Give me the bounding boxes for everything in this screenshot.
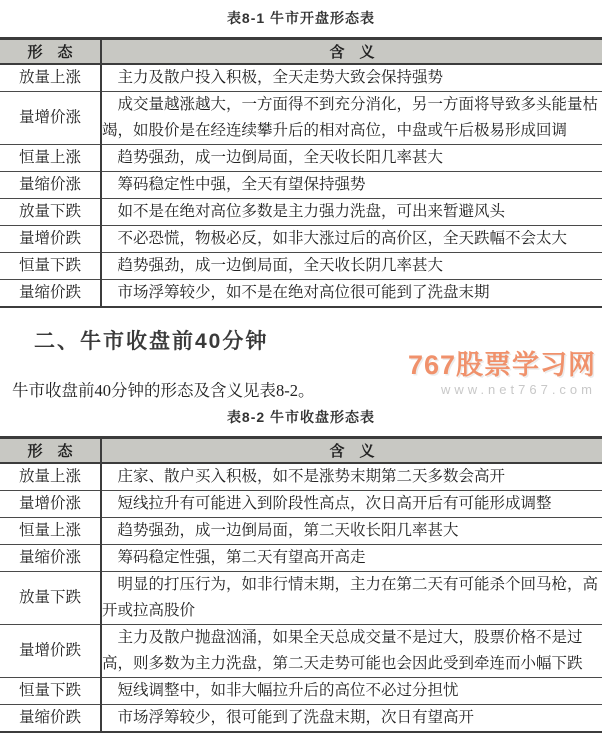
- meaning-cell: 短线调整中，如非大幅拉升后的高位不必过分担忧: [101, 678, 602, 705]
- term-cell: 恒量下跌: [0, 253, 101, 280]
- meaning-cell: 市场浮筹较少，很可能到了洗盘末期，次日有望高开: [101, 705, 602, 733]
- meaning-cell: 如不是在绝对高位多数是主力强力洗盘，可出来暂避风头: [101, 199, 602, 226]
- table-row: 量缩价跌 市场浮筹较少，如不是在绝对高位很可能到了洗盘末期: [0, 280, 602, 308]
- meaning-column-header: 含 义: [101, 39, 602, 65]
- term-cell: 放量上涨: [0, 463, 101, 491]
- table1-caption: 表8-1 牛市开盘形态表: [0, 0, 602, 37]
- meaning-cell: 主力及散户投入积极，全天走势大致会保持强势: [101, 64, 602, 92]
- meaning-cell: 庄家、散户买入积极，如不是涨势末期第二天多数会高开: [101, 463, 602, 491]
- table-row: 量缩价涨 筹码稳定性中强，全天有望保持强势: [0, 172, 602, 199]
- table-row: 放量下跌 明显的打压行为，如非行情末期，主力在第二天有可能杀个回马枪，高开或拉高…: [0, 572, 602, 625]
- term-cell: 量缩价涨: [0, 545, 101, 572]
- table-row: 恒量下跌 短线调整中，如非大幅拉升后的高位不必过分担忧: [0, 678, 602, 705]
- table-row: 量增价跌 不必恐慌，物极必反，如非大涨过后的高价区，全天跌幅不会太大: [0, 226, 602, 253]
- term-cell: 量缩价涨: [0, 172, 101, 199]
- meaning-cell: 趋势强劲，成一边倒局面，全天收长阴几率甚大: [101, 253, 602, 280]
- table-row: 量增价跌 主力及散户抛盘汹涌，如果全天总成交量不是过大，股票价格不是过高，则多数…: [0, 625, 602, 678]
- table-header-row: 形 态 含 义: [0, 438, 602, 464]
- table-row: 放量下跌 如不是在绝对高位多数是主力强力洗盘，可出来暂避风头: [0, 199, 602, 226]
- term-cell: 量增价涨: [0, 92, 101, 145]
- term-cell: 量缩价跌: [0, 280, 101, 308]
- term-cell: 量增价跌: [0, 625, 101, 678]
- meaning-cell: 市场浮筹较少，如不是在绝对高位很可能到了洗盘末期: [101, 280, 602, 308]
- term-cell: 放量下跌: [0, 572, 101, 625]
- meaning-cell: 趋势强劲，成一边倒局面，全天收长阳几率甚大: [101, 145, 602, 172]
- meaning-cell: 主力及散户抛盘汹涌，如果全天总成交量不是过大，股票价格不是过高，则多数为主力洗盘…: [101, 625, 602, 678]
- meaning-cell: 筹码稳定性中强，全天有望保持强势: [101, 172, 602, 199]
- table-row: 恒量上涨 趋势强劲，成一边倒局面，全天收长阳几率甚大: [0, 145, 602, 172]
- table-bull-market-closing: 形 态 含 义 放量上涨 庄家、散户买入积极，如不是涨势末期第二天多数会高开 量…: [0, 436, 602, 733]
- meaning-cell: 不必恐慌，物极必反，如非大涨过后的高价区，全天跌幅不会太大: [101, 226, 602, 253]
- table-row: 恒量上涨 趋势强劲，成一边倒局面，第二天收长阳几率甚大: [0, 518, 602, 545]
- term-cell: 恒量下跌: [0, 678, 101, 705]
- term-cell: 量增价涨: [0, 491, 101, 518]
- term-cell: 量增价跌: [0, 226, 101, 253]
- term-cell: 放量上涨: [0, 64, 101, 92]
- table-row: 放量上涨 主力及散户投入积极，全天走势大致会保持强势: [0, 64, 602, 92]
- meaning-cell: 短线拉升有可能进入到阶段性高点，次日高开后有可能形成调整: [101, 491, 602, 518]
- section-heading: 二、牛市收盘前40分钟: [34, 325, 602, 355]
- meaning-cell: 筹码稳定性强，第二天有望高开高走: [101, 545, 602, 572]
- table-row: 恒量下跌 趋势强劲，成一边倒局面，全天收长阴几率甚大: [0, 253, 602, 280]
- meaning-cell: 成交量越涨越大，一方面得不到充分消化，另一方面将导致多头能量枯竭，如股价是在经连…: [101, 92, 602, 145]
- table2-caption: 表8-2 牛市收盘形态表: [0, 401, 602, 436]
- meaning-cell: 明显的打压行为，如非行情末期，主力在第二天有可能杀个回马枪，高开或拉高股价: [101, 572, 602, 625]
- intro-paragraph: 牛市收盘前40分钟的形态及含义见表8-2。: [12, 377, 602, 401]
- meaning-column-header: 含 义: [101, 438, 602, 464]
- table-header-row: 形 态 含 义: [0, 39, 602, 65]
- table-row: 量缩价涨 筹码稳定性强，第二天有望高开高走: [0, 545, 602, 572]
- term-cell: 恒量上涨: [0, 518, 101, 545]
- meaning-cell: 趋势强劲，成一边倒局面，第二天收长阳几率甚大: [101, 518, 602, 545]
- table-row: 量增价涨 短线拉升有可能进入到阶段性高点，次日高开后有可能形成调整: [0, 491, 602, 518]
- pattern-column-header: 形 态: [0, 438, 101, 464]
- table-row: 量增价涨 成交量越涨越大，一方面得不到充分消化，另一方面将导致多头能量枯竭，如股…: [0, 92, 602, 145]
- term-cell: 恒量上涨: [0, 145, 101, 172]
- table-bull-market-opening: 形 态 含 义 放量上涨 主力及散户投入积极，全天走势大致会保持强势 量增价涨 …: [0, 37, 602, 308]
- table-row: 放量上涨 庄家、散户买入积极，如不是涨势末期第二天多数会高开: [0, 463, 602, 491]
- pattern-column-header: 形 态: [0, 39, 101, 65]
- term-cell: 放量下跌: [0, 199, 101, 226]
- term-cell: 量缩价跌: [0, 705, 101, 733]
- table-row: 量缩价跌 市场浮筹较少，很可能到了洗盘末期，次日有望高开: [0, 705, 602, 733]
